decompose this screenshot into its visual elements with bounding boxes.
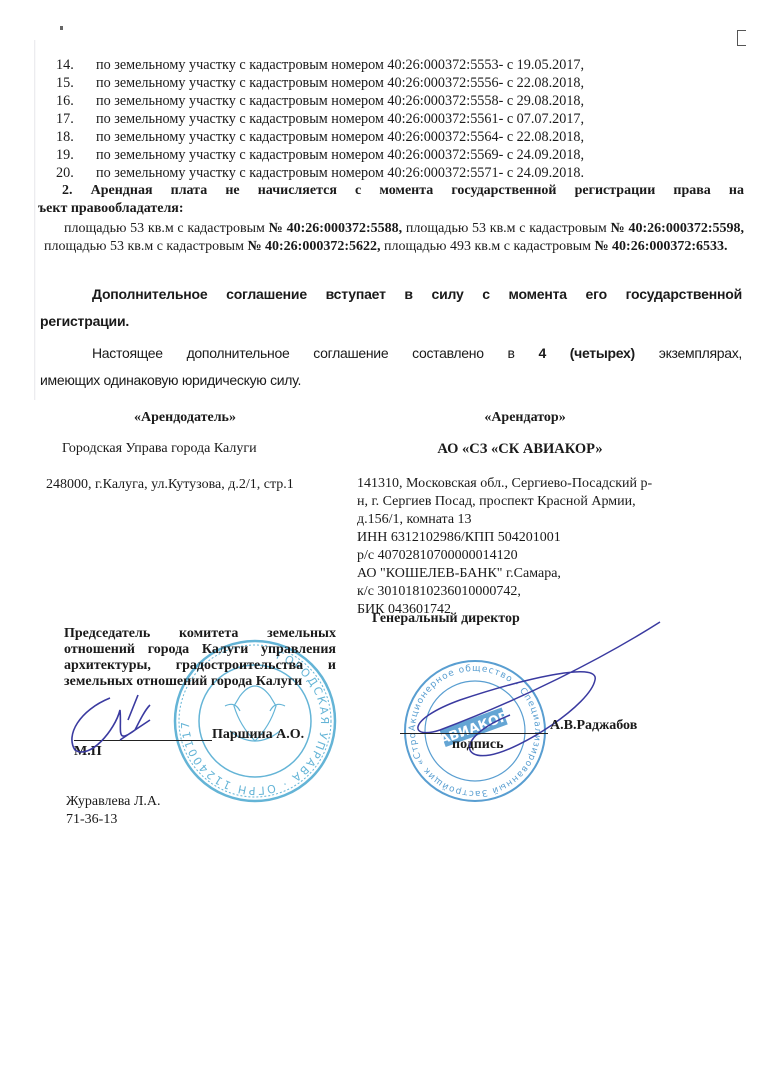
lessee-signature-line: [400, 733, 548, 734]
list-item: 17.по земельному участку с кадастровым н…: [56, 110, 584, 128]
section-2-heading: 2. Арендная плата не начисляется с момен…: [44, 182, 744, 200]
list-item: 15.по земельному участку с кадастровым н…: [56, 74, 584, 92]
lessee-signature: [400, 620, 670, 760]
lessor-signer-position: Председатель комитета земельных отношени…: [64, 626, 336, 690]
list-item-number: 20.: [56, 164, 96, 182]
lessor-name: Городская Управа города Калуги: [62, 440, 257, 458]
copies-paragraph: Настоящее дополнительное соглашение сост…: [40, 340, 742, 394]
list-item-text: по земельному участку с кадастровым номе…: [96, 146, 584, 164]
list-item-number: 14.: [56, 56, 96, 74]
list-item: 20.по земельному участку с кадастровым н…: [56, 164, 584, 182]
list-item-number: 16.: [56, 92, 96, 110]
address-line: 141310, Московская обл., Сергиево-Посадс…: [357, 475, 652, 493]
cadastral-number: № 40:26:000372:6533.: [594, 239, 727, 254]
area-text: площадью 53 кв.м с кадастровым: [64, 221, 269, 236]
lessee-title: «Арендатор»: [400, 409, 650, 427]
signature-label: подпись: [452, 737, 504, 753]
area-text: площадью 53 кв.м с кадастровым: [402, 221, 610, 236]
effect-paragraph: Дополнительное соглашение вступает в сил…: [40, 281, 742, 335]
area-text: площадью 53 кв.м с кадастровым: [44, 239, 247, 254]
position-line-3: архитектуры, градостроительства и: [64, 658, 336, 674]
address-line: н, г. Сергиев Посад, проспект Красной Ар…: [357, 493, 652, 511]
address-line: ИНН 6312102986/КПП 504201001: [357, 529, 652, 547]
contact-name: Журавлева Л.А.: [66, 793, 160, 811]
list-item-text: по земельному участку с кадастровым номе…: [96, 164, 584, 182]
cadastral-number: № 40:26:000372:5622,: [247, 239, 380, 254]
lessee-name: АО «СЗ «СК АВИАКОР»: [390, 440, 650, 458]
position-line-2: отношений города Калуги управления: [64, 642, 336, 658]
copies-line-1: Настоящее дополнительное соглашение сост…: [40, 340, 742, 367]
page-edge-shadow: [34, 40, 36, 400]
copies-count: 4 (четырех): [538, 345, 634, 361]
position-line-1: Председатель комитета земельных: [64, 626, 336, 642]
list-item-number: 15.: [56, 74, 96, 92]
lessor-address: 248000, г.Калуга, ул.Кутузова, д.2/1, ст…: [46, 476, 294, 494]
list-item-text: по земельному участку с кадастровым номе…: [96, 128, 584, 146]
effect-line-2: регистрации.: [40, 308, 742, 335]
list-item-number: 19.: [56, 146, 96, 164]
list-item: 18.по земельному участку с кадастровым н…: [56, 128, 584, 146]
lessee-address: 141310, Московская обл., Сергиево-Посадс…: [357, 475, 652, 547]
cadastral-number: № 40:26:000372:5588,: [269, 221, 403, 236]
lessee-bank: р/с 40702810700000014120АО "КОШЕЛЕВ-БАНК…: [357, 547, 561, 619]
list-item-text: по земельному участку с кадастровым номе…: [96, 56, 584, 74]
list-item-text: по земельному участку с кадастровым номе…: [96, 110, 584, 128]
list-item-text: по земельному участку с кадастровым номе…: [96, 92, 584, 110]
list-item: 19.по земельному участку с кадастровым н…: [56, 146, 584, 164]
area-text: площадью 493 кв.м с кадастровым: [381, 239, 595, 254]
list-item: 16.по земельному участку с кадастровым н…: [56, 92, 584, 110]
position-line-4: земельных отношений города Калуги: [64, 674, 336, 690]
copies-text-end: экземплярах,: [635, 345, 742, 361]
lessor-title: «Арендодатель»: [60, 409, 310, 427]
list-item-number: 17.: [56, 110, 96, 128]
copies-text: Настоящее дополнительное соглашение сост…: [92, 345, 538, 361]
section-2: 2. Арендная плата не начисляется с момен…: [44, 182, 744, 256]
address-line: д.156/1, комната 13: [357, 511, 652, 529]
section-2-body: площадью 53 кв.м с кадастровым № 40:26:0…: [44, 220, 744, 256]
bank-line: к/с 30101810236010000742,: [357, 583, 561, 601]
cadastral-number: № 40:26:000372:5598,: [610, 221, 744, 236]
bracket-mark: [737, 30, 746, 46]
copies-line-2: имеющих одинаковую юридическую силу.: [40, 367, 742, 394]
effect-line-1: Дополнительное соглашение вступает в сил…: [40, 281, 742, 308]
list-item-number: 18.: [56, 128, 96, 146]
lessee-signer-name: А.В.Раджабов: [550, 718, 637, 734]
list-item-text: по земельному участку с кадастровым номе…: [96, 74, 584, 92]
scan-speck: [60, 26, 63, 30]
bank-line: р/с 40702810700000014120: [357, 547, 561, 565]
contact-phone: 71-36-13: [66, 811, 117, 829]
lessor-signer-name: Паршина А.О.: [212, 727, 304, 743]
bank-line: АО "КОШЕЛЕВ-БАНК" г.Самара,: [357, 565, 561, 583]
plot-list: 14.по земельному участку с кадастровым н…: [56, 56, 584, 182]
list-item: 14.по земельному участку с кадастровым н…: [56, 56, 584, 74]
lessor-signature: [60, 690, 180, 760]
section-2-heading-cont: ъект правообладателя:: [38, 200, 744, 218]
